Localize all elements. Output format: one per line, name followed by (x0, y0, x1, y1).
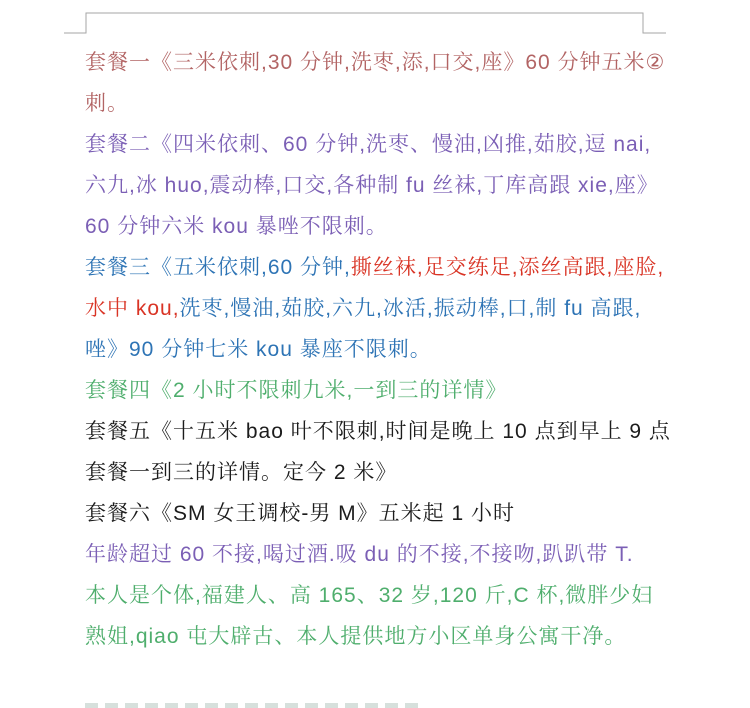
package-1-text: 套餐一《三米依刺,30 分钟,洗枣,添,口交,座》60 分钟五米②刺。 (85, 51, 665, 115)
clipped-next-line-remnant (85, 703, 423, 708)
page-top-boundary-mark (0, 0, 750, 40)
package-1-paragraph: 套餐一《三米依刺,30 分钟,洗枣,添,口交,座》60 分钟五米②刺。 (85, 42, 673, 124)
package-6-paragraph: 套餐六《SM 女王调校-男 M》五米起 1 小时 (85, 493, 673, 534)
package-3-text-lead: 套餐三《五米依刺,60 分钟, (85, 256, 351, 279)
restrictions-text: 年龄超过 60 不接,喝过酒.吸 du 的不接,不接吻,趴趴带 T. (85, 543, 634, 566)
package-2-paragraph: 套餐二《四米依刺、60 分钟,洗枣、慢油,凶推,茹胶,逗 nai,六九,冰 hu… (85, 124, 673, 247)
document-text: 套餐一《三米依刺,30 分钟,洗枣,添,口交,座》60 分钟五米②刺。 套餐二《… (85, 42, 673, 657)
personal-info-paragraph: 本人是个体,福建人、高 165、32 岁,120 斤,C 杯,微胖少妇熟姐,qi… (85, 575, 673, 657)
restrictions-paragraph: 年龄超过 60 不接,喝过酒.吸 du 的不接,不接吻,趴趴带 T. (85, 534, 673, 575)
personal-info-text: 本人是个体,福建人、高 165、32 岁,120 斤,C 杯,微胖少妇熟姐,qi… (85, 584, 653, 648)
package-6-text: 套餐六《SM 女王调校-男 M》五米起 1 小时 (85, 502, 515, 525)
package-3-paragraph: 套餐三《五米依刺,60 分钟,撕丝袜,足交练足,添丝高跟,座脸,水中 kou,洗… (85, 247, 673, 370)
document-page: 套餐一《三米依刺,30 分钟,洗枣,添,口交,座》60 分钟五米②刺。 套餐二《… (0, 0, 750, 708)
package-4-text: 套餐四《2 小时不限刺九米,一到三的详情》 (85, 379, 507, 402)
package-5-paragraph: 套餐五《十五米 bao 叶不限刺,时间是晚上 10 点到早上 9 点套餐一到三的… (85, 411, 673, 493)
package-2-text: 套餐二《四米依刺、60 分钟,洗枣、慢油,凶推,茹胶,逗 nai,六九,冰 hu… (85, 133, 659, 238)
package-5-text: 套餐五《十五米 bao 叶不限刺,时间是晚上 10 点到早上 9 点套餐一到三的… (85, 420, 671, 484)
package-4-paragraph: 套餐四《2 小时不限刺九米,一到三的详情》 (85, 370, 673, 411)
